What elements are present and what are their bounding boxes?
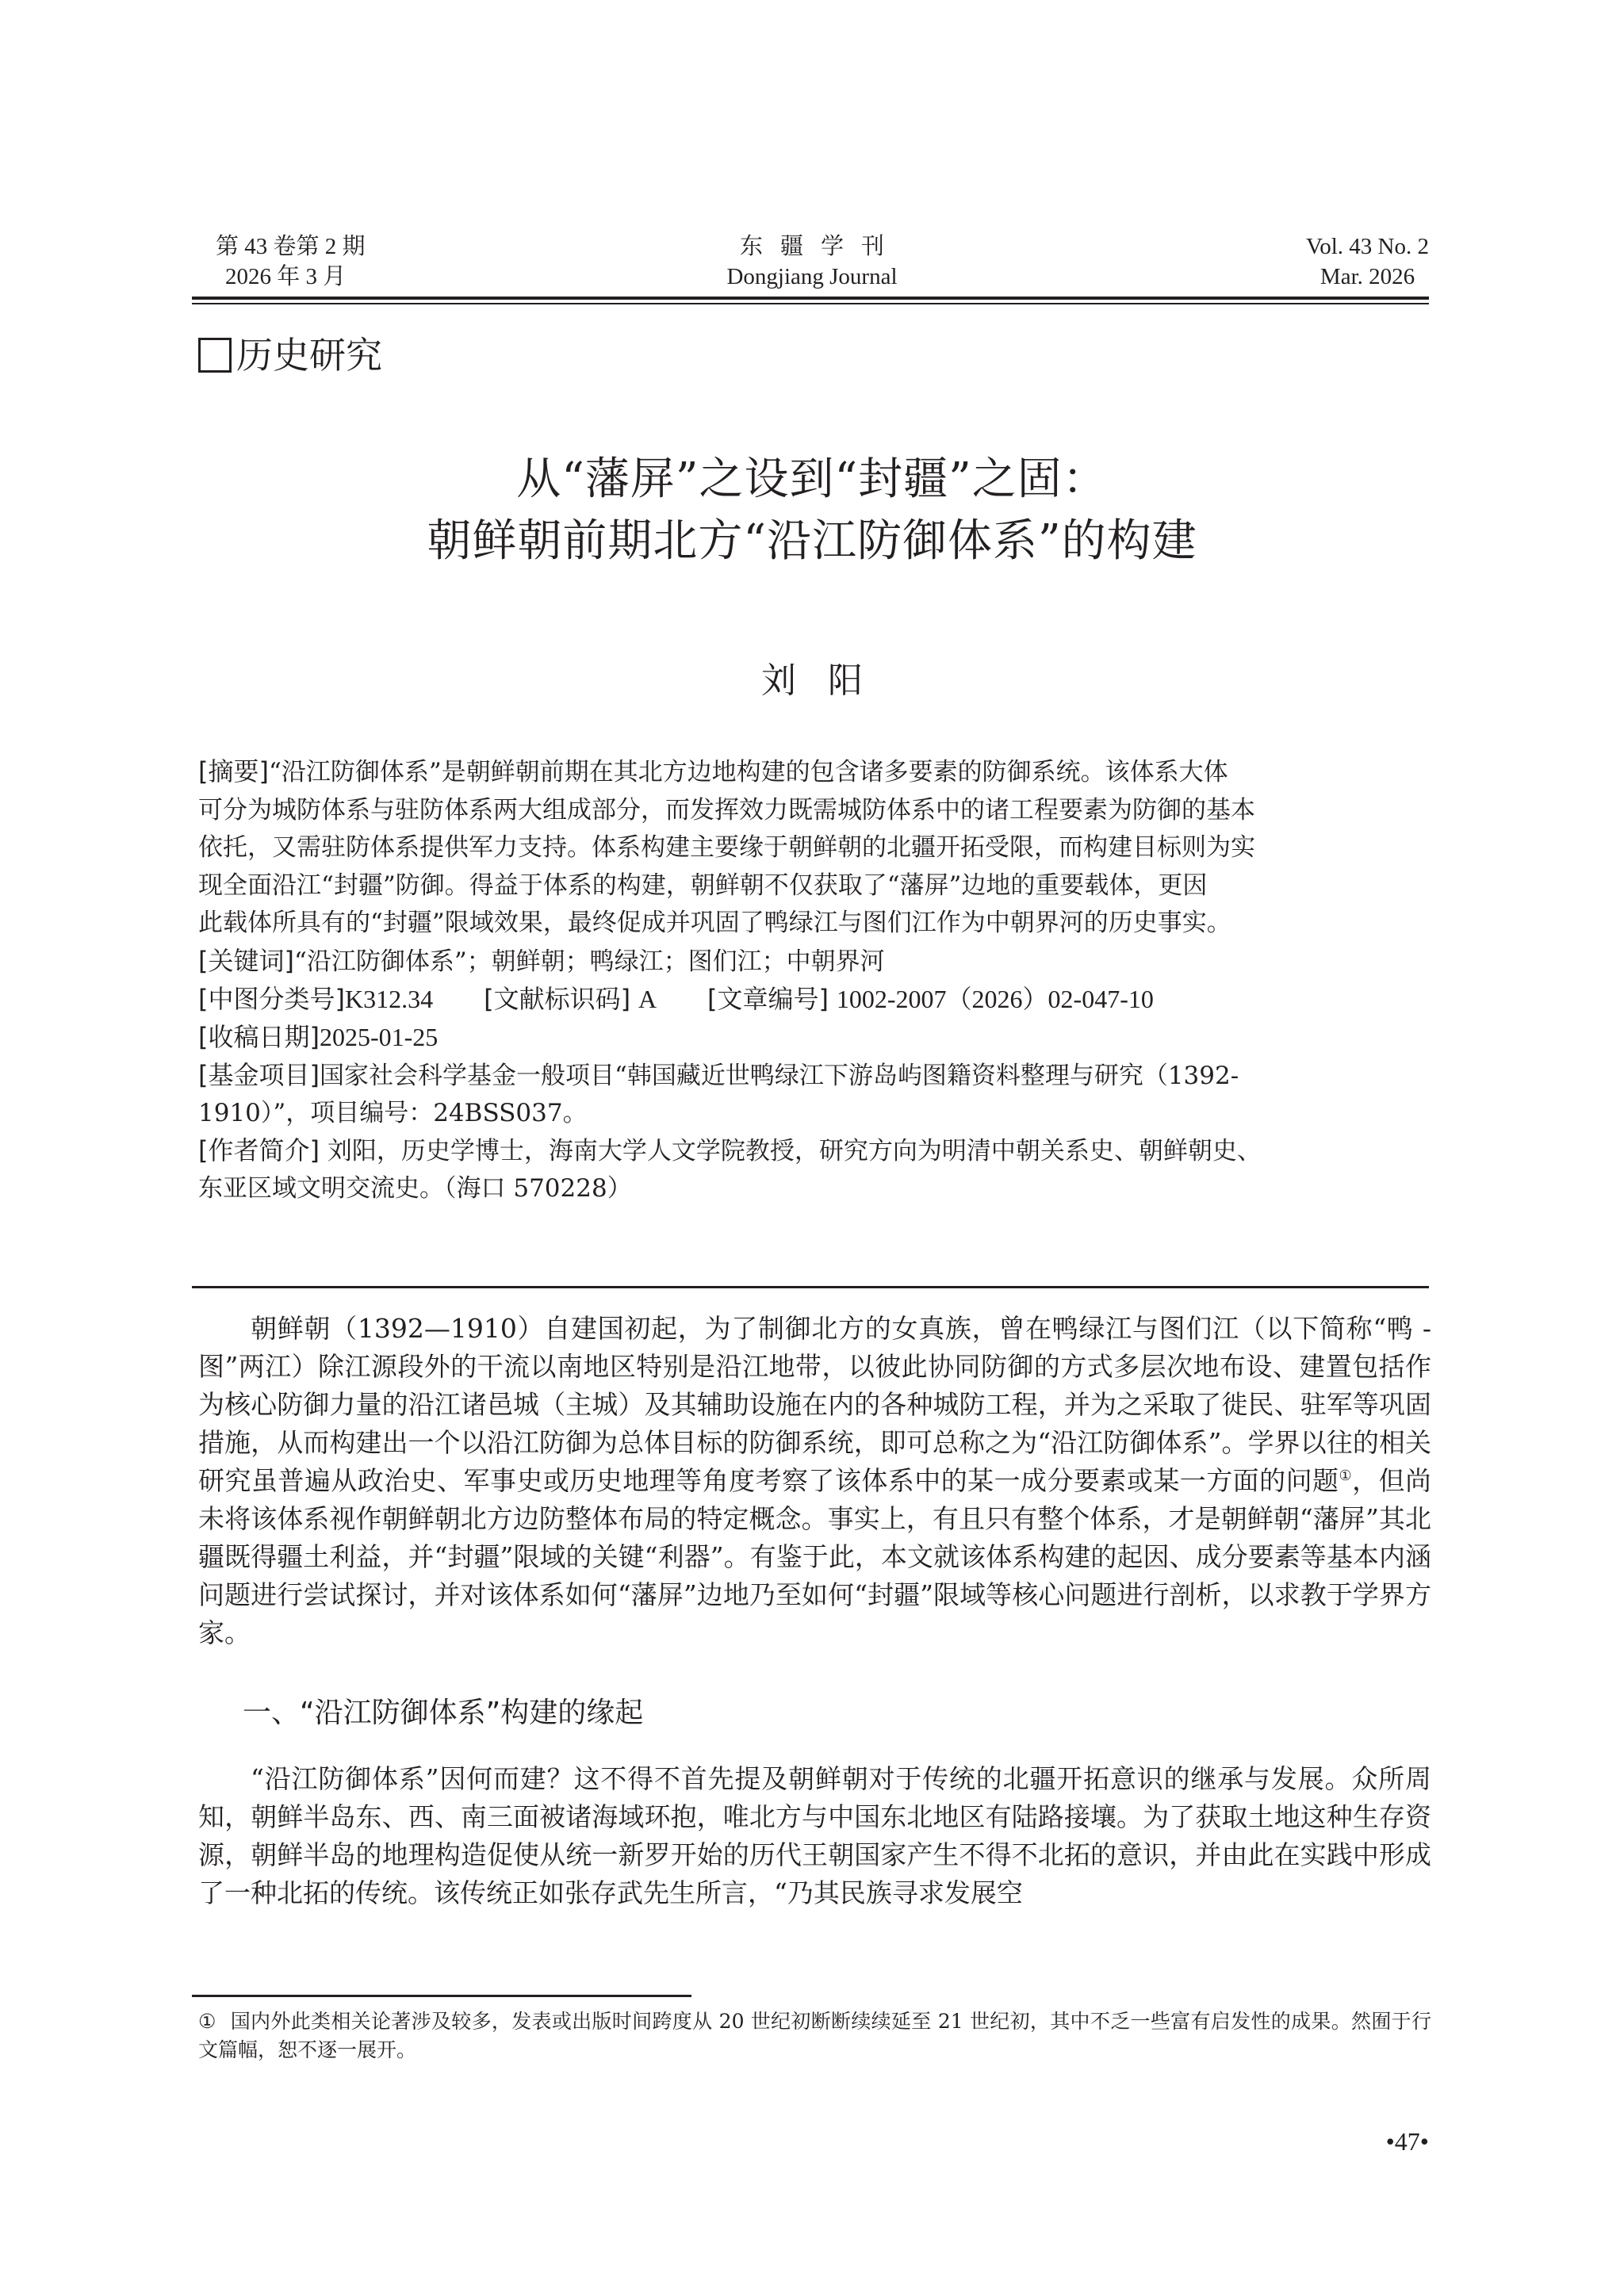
- author-bio-line-2: 东亚区域文明交流史。（海口 570228）: [198, 1170, 1431, 1207]
- author-bio-label: [作者简介]: [198, 1135, 320, 1165]
- abstract-label: [摘要]: [198, 756, 269, 786]
- column-label-text: 历史研究: [236, 331, 382, 379]
- author-bio-line-1: [作者简介] 刘阳，历史学博士，海南大学人文学院教授，研究方向为明清中朝关系史、…: [198, 1132, 1431, 1170]
- keywords-label: [关键词]: [198, 946, 294, 976]
- abstract-line-4: 现全面沿江“封疆”防御。得益于体系的构建，朝鲜朝不仅获取了“藩屏”边地的重要载体…: [198, 867, 1431, 905]
- footnote: ①国内外此类相关论著涉及较多，发表或出版时间跨度从 20 世纪初断断续续延至 2…: [198, 2007, 1431, 2064]
- header-rule-thin: [192, 303, 1429, 304]
- clc-value: K312.34: [345, 985, 433, 1013]
- section-1-text: “沿江防御体系”因何而建？这不得不首先提及朝鲜朝对于传统的北疆开拓意识的继承与发…: [198, 1760, 1431, 1912]
- abstract-line-1: [摘要]“沿江防御体系”是朝鲜朝前期在其北方边地构建的包含诸多要素的防御系统。该…: [198, 753, 1431, 792]
- section-1-paragraph: “沿江防御体系”因何而建？这不得不首先提及朝鲜朝对于传统的北疆开拓意识的继承与发…: [198, 1760, 1431, 1912]
- abstract-text: “沿江防御体系”是朝鲜朝前期在其北方边地构建的包含诸多要素的防御系统。该体系大体: [269, 758, 1228, 786]
- article-no-label: [文章编号]: [707, 984, 829, 1014]
- column-label: 历史研究: [198, 331, 382, 379]
- title-line-2: 朝鲜朝前期北方“沿江防御体系”的构建: [0, 511, 1624, 572]
- abstract-line-2: 可分为城防体系与驻防体系两大组成部分，而发挥效力既需城防体系中的诸工程要素为防御…: [198, 792, 1431, 830]
- square-icon: [198, 338, 232, 373]
- abstract-line-3: 依托，又需驻防体系提供军力支持。体系构建主要缘于朝鲜朝的北疆开拓受限，而构建目标…: [198, 829, 1431, 867]
- abstract-line-5: 此载体所具有的“封疆”限域效果，最终促成并巩固了鸭绿江与图们江作为中朝界河的历史…: [198, 905, 1431, 943]
- intro-text: 朝鲜朝（1392—1910）自建国初起，为了制御北方的女真族，曾在鸭绿江与图们江…: [198, 1310, 1431, 1652]
- received-value: 2025-01-25: [320, 1023, 438, 1051]
- header-rule-thick: [192, 297, 1429, 300]
- keywords-value: “沿江防御体系”；朝鲜朝；鸭绿江；图们江；中朝界河: [294, 947, 885, 976]
- fund-text-1: 国家社会科学基金一般项目“韩国藏近世鸭绿江下游岛屿图籍资料整理与研究（1392-: [320, 1062, 1239, 1090]
- footnote-rule: [192, 1995, 691, 1997]
- article-title: 从“藩屏”之设到“封疆”之固： 朝鲜朝前期北方“沿江防御体系”的构建: [0, 449, 1624, 572]
- fund-line-1: [基金项目]国家社会科学基金一般项目“韩国藏近世鸭绿江下游岛屿图籍资料整理与研究…: [198, 1057, 1431, 1095]
- footnote-ref[interactable]: ①: [1339, 1468, 1353, 1484]
- intro-text-part-1: 朝鲜朝（1392—1910）自建国初起，为了制御北方的女真族，曾在鸭绿江与图们江…: [198, 1313, 1431, 1496]
- page-number: •47•: [1386, 2127, 1429, 2156]
- author-name: 刘阳: [0, 652, 1624, 702]
- title-line-1: 从“藩屏”之设到“封疆”之固：: [0, 449, 1624, 511]
- doc-code-value: A: [638, 985, 657, 1013]
- header-volume-en: Vol. 43 No. 2: [1306, 232, 1429, 262]
- clc-label: [中图分类号]: [198, 984, 345, 1014]
- intro-paragraph: 朝鲜朝（1392—1910）自建国初起，为了制御北方的女真族，曾在鸭绿江与图们江…: [198, 1310, 1431, 1652]
- fund-line-2: 1910）”，项目编号：24BSS037。: [198, 1095, 1431, 1132]
- section-heading-1: 一、“沿江防御体系”构建的缘起: [243, 1693, 643, 1733]
- fund-label: [基金项目]: [198, 1060, 320, 1090]
- article-no-value: 1002-2007（2026）02-047-10: [837, 985, 1154, 1013]
- received-date: [收稿日期]2025-01-25: [198, 1019, 1431, 1057]
- abstract-divider: [192, 1286, 1429, 1288]
- abstract-block: [摘要]“沿江防御体系”是朝鲜朝前期在其北方边地构建的包含诸多要素的防御系统。该…: [198, 753, 1431, 1207]
- footnote-text: 国内外此类相关论著涉及较多，发表或出版时间跨度从 20 世纪初断断续续延至 21…: [198, 2010, 1431, 2061]
- footnote-mark: ①: [198, 2010, 216, 2033]
- author-bio-text-1: 刘阳，历史学博士，海南大学人文学院教授，研究方向为明清中朝关系史、朝鲜朝史、: [327, 1137, 1262, 1165]
- received-label: [收稿日期]: [198, 1022, 320, 1052]
- header-date-en: Mar. 2026: [1306, 262, 1429, 292]
- header-vol-en: Vol. 43 No. 2 Mar. 2026: [1306, 232, 1429, 292]
- keywords: [关键词]“沿江防御体系”；朝鲜朝；鸭绿江；图们江；中朝界河: [198, 943, 1431, 981]
- classification: [中图分类号]K312.34[文献标识码] A[文章编号] 1002-2007（…: [198, 981, 1431, 1019]
- doc-code-label: [文献标识码]: [484, 984, 630, 1014]
